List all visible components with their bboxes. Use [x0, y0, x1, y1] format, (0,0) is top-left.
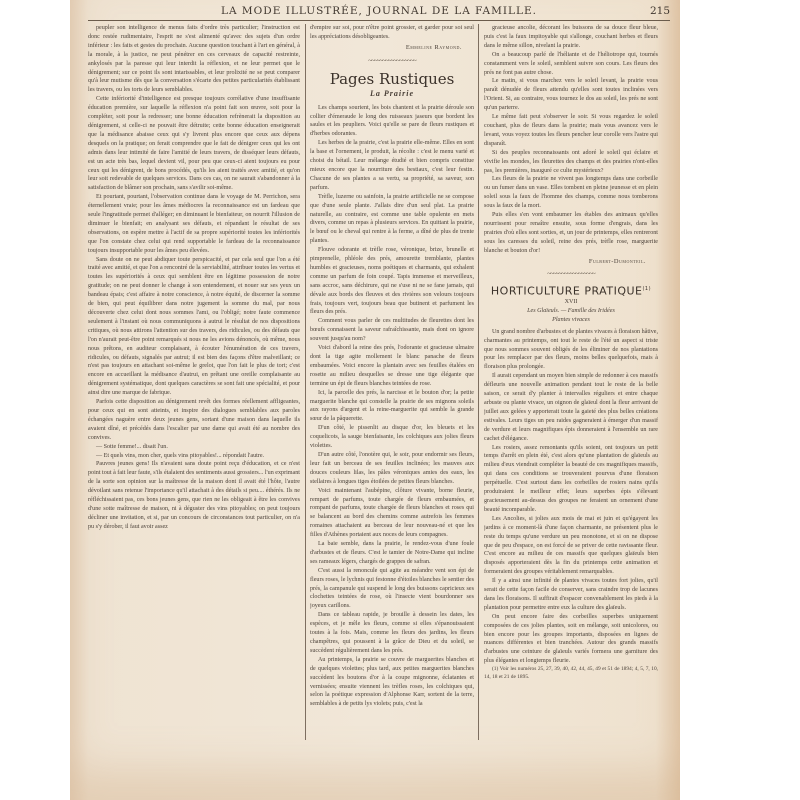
paragraph: On a beaucoup parlé de l'héliante et de …	[484, 51, 658, 78]
page-number: 215	[650, 5, 670, 17]
paragraph: Au printemps, la prairie se couvre de ma…	[310, 656, 474, 709]
page-header: LA MODE ILLUSTRÉE, JOURNAL DE LA FAMILLE…	[88, 2, 670, 21]
paragraph: Il y a ainsi une infinité de plantes viv…	[484, 577, 658, 613]
footnote-marker: (1)	[642, 286, 651, 292]
footnote: (1) Voir les numéros 25, 27, 39, 40, 42,…	[484, 666, 658, 681]
column-divider	[305, 24, 306, 740]
paragraph: Un grand nombre d'arbustes et de plantes…	[484, 328, 658, 373]
paragraph: Voici maintenant l'aubépine, clôture viv…	[310, 487, 474, 540]
article-continuation: gracieuse ancolie, décorant les buissons…	[484, 24, 658, 256]
section-subsubtitle: Plantes vivaces	[484, 316, 658, 325]
paragraph: — Et quels vins, mon cher, quels vins pi…	[88, 452, 300, 461]
paragraph: Les Ancolies, si jolies aux mois de mai …	[484, 515, 658, 577]
paragraph: gracieuse ancolie, décorant les buissons…	[484, 24, 658, 51]
section-title-text: HORTICULTURE PRATIQUE	[491, 285, 643, 298]
paragraph: Comment vous parler de ces multitudes de…	[310, 317, 474, 344]
paragraph: Ici, la parcelle des prés, la narcisse e…	[310, 389, 474, 425]
paragraph: D'un côté, le pissenlit au disque d'or, …	[310, 424, 474, 451]
section-subtitle: Les Glaïeuls. — Famille des Iridées	[484, 307, 658, 316]
column-3: gracieuse ancolie, décorant les buissons…	[484, 24, 658, 748]
paragraph: Dans ce tableau rapide, je brouille à de…	[310, 611, 474, 656]
paragraph: Les fleurs de la prairie ne vivent pas l…	[484, 175, 658, 211]
newspaper-page: LA MODE ILLUSTRÉE, JOURNAL DE LA FAMILLE…	[70, 0, 680, 800]
column-divider	[478, 24, 479, 740]
paragraph: Puis elles s'en vont embaumer les étable…	[484, 211, 658, 256]
column-2: d'empire sur soi, pour n'être point gros…	[310, 24, 474, 748]
paragraph: Trèfle, luzerne ou sainfoin, la prairie …	[310, 193, 474, 246]
column-1: peupler son intelligence de menus faits …	[88, 24, 300, 748]
paragraph: Flouve odorante et trèfle rose, véroniqu…	[310, 246, 474, 317]
paragraph: Il aurait cependant un moyen bien simple…	[484, 372, 658, 443]
paragraph: Le matin, si vous marchez vers le soleil…	[484, 77, 658, 113]
paragraph: Le même fait peut s'observer le soir. Si…	[484, 113, 658, 149]
section-subtitle: La Prairie	[310, 88, 474, 100]
paragraph: La baie semble, dans la prairie, le rend…	[310, 540, 474, 567]
article-body: Les champs sourient, les bois chantent e…	[310, 104, 474, 710]
ornament-divider: ~~~~~~~~~~~~~~~~~	[310, 57, 474, 66]
ornament-divider: ~~~~~~~~~~~~~~~~~	[484, 270, 658, 279]
paragraph: Sans doute on ne peut abdiquer toute per…	[88, 256, 300, 399]
paragraph: C'est aussi la renoncule qui agite au mé…	[310, 567, 474, 612]
paragraph: Et pourtant, pourtant, l'observation con…	[88, 193, 300, 255]
paragraph: D'un autre côté, l'onotère qui, le soir,…	[310, 451, 474, 487]
section-title: HORTICULTURE PRATIQUE(1)	[484, 283, 658, 298]
paragraph: Voici d'abord la reine des prés, l'odora…	[310, 344, 474, 389]
section-number: XVII	[484, 298, 658, 307]
horticulture-body: Un grand nombre d'arbustes et de plantes…	[484, 328, 658, 666]
paragraph: Cette infériorité d'intelligence est pre…	[88, 95, 300, 193]
paragraph: Les rosiers, assez remontants qu'ils soi…	[484, 444, 658, 515]
author-signature: Fulbert-Dumonteil.	[484, 258, 646, 267]
paragraph: Parfois cette disposition au dénigrement…	[88, 398, 300, 443]
paragraph: Si des peuples reconnaissants ont adoré …	[484, 149, 658, 176]
paragraph: Les champs sourient, les bois chantent e…	[310, 104, 474, 140]
paragraph: Les herbes de la prairie, c'est la prair…	[310, 139, 474, 192]
author-signature: Emmeline Raymond.	[310, 44, 462, 53]
paragraph: — Sotte femme!... disait l'un.	[88, 443, 300, 452]
paragraph: d'empire sur soi, pour n'être point gros…	[310, 24, 474, 42]
paragraph: peupler son intelligence de menus faits …	[88, 24, 300, 95]
paragraph: On peut encore faire des corbeilles supe…	[484, 613, 658, 666]
journal-title: LA MODE ILLUSTRÉE, JOURNAL DE LA FAMILLE…	[88, 5, 670, 17]
paragraph: Pauvres jeunes gens! Ils n'avaient sans …	[88, 460, 300, 531]
section-title: Pages Rustiques	[310, 70, 474, 88]
